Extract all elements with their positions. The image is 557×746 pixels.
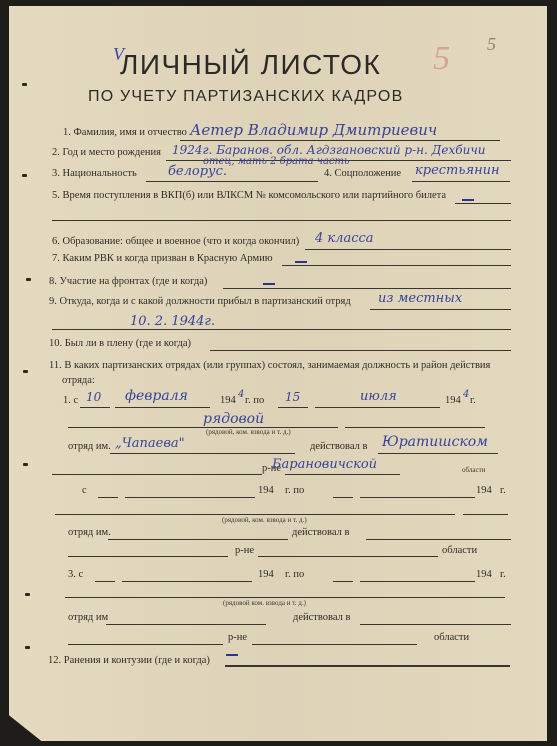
unit-3-district-line-a — [68, 644, 223, 645]
margin-mark — [25, 646, 30, 649]
unit-2-position-line-2 — [463, 514, 508, 515]
unit-2-unit-label: отряд им. — [68, 527, 111, 538]
field-10-label: 10. Был ли в плену (где и когда) — [49, 338, 191, 349]
unit-3-region-label: области — [434, 632, 469, 643]
unit-1-district-line-a — [52, 474, 262, 475]
field-5-line-2 — [52, 220, 511, 221]
field-3-value: белорус. — [168, 164, 227, 179]
field-7-line — [282, 265, 511, 266]
field-5-line — [455, 203, 511, 204]
field-5-value — [462, 199, 474, 201]
field-9-line-2 — [52, 329, 511, 330]
field-7-label: 7. Каким РВК и когда призван в Красную А… — [52, 253, 273, 264]
unit-1-position-line-2 — [345, 427, 485, 428]
unit-3-acted-label: действовал в — [293, 612, 350, 623]
unit-2-unit-line — [108, 539, 288, 540]
unit-2-position-caption: (рядовой, ком. взвода и т. д.) — [222, 516, 307, 524]
unit-3-position-caption: (рядовой ком. взвода и т. д.) — [223, 599, 306, 607]
unit-1-district: Барановичской — [272, 457, 377, 472]
field-3-label: 3. Национальность — [52, 168, 137, 179]
unit-1-from-year: 194 — [220, 395, 236, 406]
unit-3-position-line — [65, 597, 505, 598]
margin-mark — [23, 370, 28, 373]
unit-1-to-month-line — [315, 407, 440, 408]
unit-1-position-line — [68, 427, 338, 428]
unit-1-to-day: 15 — [285, 390, 300, 404]
unit-2-region-label: области — [442, 545, 477, 556]
field-9-line — [370, 309, 511, 310]
unit-1-to-label: г. по — [245, 395, 264, 406]
unit-2-to-month-line — [360, 497, 475, 498]
unit-1-from-day: 10 — [86, 390, 101, 404]
field-5-label: 5. Время поступления в ВКП(б) или ВЛКСМ … — [52, 190, 446, 201]
unit-1-region-label: области — [462, 466, 485, 474]
field-8-value — [263, 283, 275, 285]
unit-1-position-caption: (рядовой, ком. взвода и т. д.) — [206, 428, 291, 436]
field-8-label: 8. Участие на фронтах (где и когда) — [49, 276, 207, 287]
unit-3-to-day-line — [333, 581, 353, 582]
unit-2-from-year: 194 — [258, 485, 274, 496]
unit-2-district-label: р-не — [235, 545, 254, 556]
field-4-line — [412, 181, 510, 182]
unit-3-from-day-line — [95, 581, 115, 582]
unit-1-from-month: февраля — [125, 388, 188, 404]
unit-1-to-year: 194 — [445, 395, 461, 406]
field-8-line — [223, 288, 511, 289]
red-pencil-mark: 5 — [433, 40, 450, 78]
margin-mark — [25, 593, 30, 596]
unit-1-acted-in: Юратишском — [382, 434, 488, 450]
field-6-line — [305, 249, 511, 250]
unit-2-number: с — [82, 485, 87, 496]
field-4-label: 4. Соцположение — [324, 168, 401, 179]
unit-1-unit-name: „Чапаева" — [115, 436, 185, 451]
field-4-value: крестьянин — [415, 163, 500, 178]
unit-3-to-label: г. по — [285, 569, 304, 580]
unit-1-acted-line — [378, 453, 498, 454]
unit-1-district-line — [285, 474, 400, 475]
unit-1-position: рядовой — [203, 411, 264, 427]
field-1-line — [180, 140, 500, 141]
field-7-value — [295, 261, 307, 263]
unit-2-year-label: г. — [500, 485, 506, 496]
field-6-value: 4 класса — [315, 231, 374, 246]
unit-3-year-label: г. — [500, 569, 506, 580]
field-12-label: 12. Ранения и контузии (где и когда) — [48, 655, 210, 666]
field-1-label: 1. Фамилия, имя и отчество — [63, 127, 187, 138]
unit-3-district-label: р-не — [228, 632, 247, 643]
unit-3-district-line — [252, 644, 417, 645]
field-12-line — [225, 665, 510, 667]
unit-1-unit-line — [110, 453, 295, 454]
field-3-line — [146, 181, 318, 182]
unit-3-unit-label: отряд им — [68, 612, 108, 623]
unit-1-acted-label: действовал в — [310, 441, 367, 452]
unit-3-number: 3. с — [68, 569, 83, 580]
margin-mark — [22, 174, 27, 177]
unit-1-to-year-suffix: 4 — [463, 389, 469, 400]
unit-3-to-month-line — [360, 581, 475, 582]
field-12-value — [226, 654, 238, 656]
unit-1-from-day-line — [80, 407, 110, 408]
unit-2-to-year: 194 — [476, 485, 492, 496]
unit-2-position-line — [55, 514, 455, 515]
unit-2-to-day-line — [333, 497, 353, 498]
margin-mark — [22, 83, 27, 86]
unit-1-year-label: г. — [470, 395, 476, 406]
field-1-value: Аетер Владимир Дмитриевич — [190, 121, 437, 139]
unit-3-unit-line — [106, 624, 266, 625]
unit-3-from-year: 194 — [258, 569, 274, 580]
unit-3-from-month-line — [122, 581, 252, 582]
field-11-label: 11. В каких партизанских отрядах (или гр… — [49, 360, 490, 371]
field-9-value: из местных — [378, 291, 462, 306]
unit-3-to-year: 194 — [476, 569, 492, 580]
unit-2-district-line — [258, 556, 438, 557]
document-title: ЛИЧНЫЙ ЛИСТОК — [120, 49, 381, 81]
unit-2-from-day-line — [98, 497, 118, 498]
document-subtitle: ПО УЧЕТУ ПАРТИЗАНСКИХ КАДРОВ — [88, 88, 403, 106]
field-11-label-2: отряда: — [62, 375, 95, 386]
field-10-line — [210, 350, 511, 351]
field-9-label: 9. Откуда, когда и с какой должности при… — [49, 296, 351, 307]
margin-mark — [23, 463, 28, 466]
unit-1-from-month-line — [115, 407, 210, 408]
unit-1-to-month: июля — [360, 389, 397, 404]
field-2-value: 1924г. Баранов. обл. Агдзгановский р-н. … — [172, 143, 486, 157]
unit-3-acted-line — [360, 624, 511, 625]
unit-2-district-line-a — [68, 556, 228, 557]
unit-1-number: 1. с — [63, 395, 78, 406]
margin-mark — [26, 278, 31, 281]
unit-1-unit-label: отряд им. — [68, 441, 111, 452]
field-6-label: 6. Образование: общее и военное (что и к… — [52, 236, 299, 247]
unit-2-from-month-line — [125, 497, 255, 498]
unit-1-from-year-suffix: 4 — [238, 389, 244, 400]
unit-1-to-day-line — [278, 407, 308, 408]
field-2-label: 2. Год и место рождения — [52, 147, 161, 158]
unit-2-acted-label: действовал в — [292, 527, 349, 538]
unit-2-acted-line — [366, 539, 511, 540]
field-9-value-date: 10. 2. 1944г. — [130, 314, 215, 329]
document-page — [9, 6, 547, 741]
page-number-mark: 5 — [487, 34, 496, 55]
unit-2-to-label: г. по — [285, 485, 304, 496]
